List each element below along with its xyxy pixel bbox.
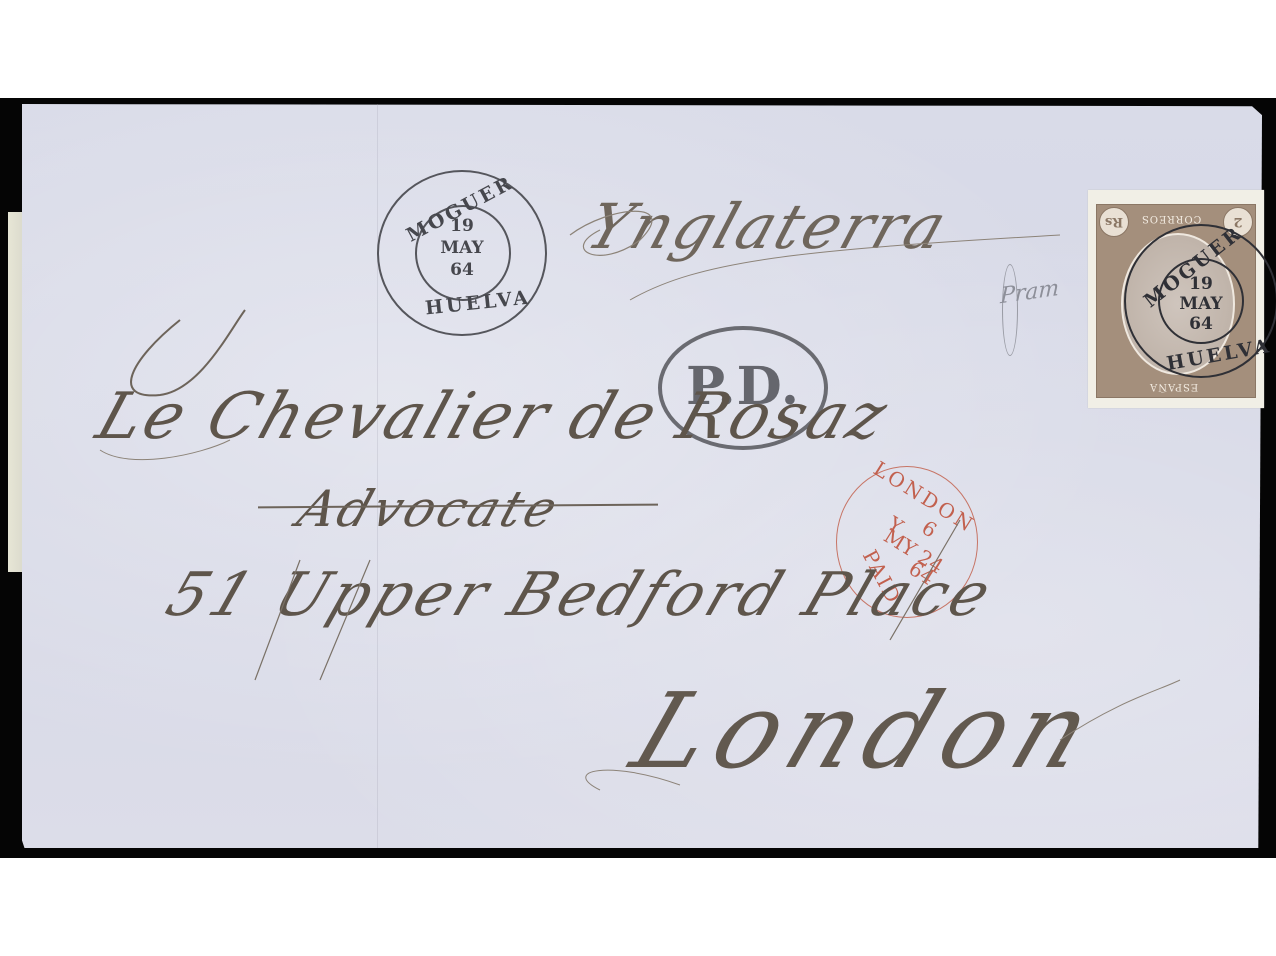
stamp-value-left: Rs (1099, 207, 1129, 237)
fold-line (377, 104, 378, 848)
cancel-year: 64 (1126, 314, 1276, 334)
pencil-flourish (1002, 264, 1018, 356)
stamp-cancel-postmark: MOGUER HUELVA 19 MAY 64 (1124, 224, 1276, 378)
london-day: 6 (918, 515, 942, 542)
moguer-postmark: MOGUER HUELVA 19 MAY 64 (377, 170, 547, 336)
handwritten-title-struck: Advocate (291, 480, 568, 538)
cancel-month: MAY (1126, 294, 1276, 314)
handwritten-city: London (618, 670, 1117, 792)
handwritten-destination-country: Ynglaterra (578, 190, 957, 263)
stamp-country: ESPAÑA (1149, 381, 1198, 392)
handwritten-street-address: 51 Upper Bedford Place (157, 560, 1003, 630)
postmark-day: 19 (379, 216, 545, 236)
stamp-top-label: CORREOS (1141, 213, 1201, 224)
postmark-month: MAY (379, 238, 545, 258)
handwritten-addressee: Le Chevalier de Rosaz (88, 380, 899, 454)
postmark-year: 64 (379, 260, 545, 280)
cancel-day: 19 (1126, 274, 1276, 294)
